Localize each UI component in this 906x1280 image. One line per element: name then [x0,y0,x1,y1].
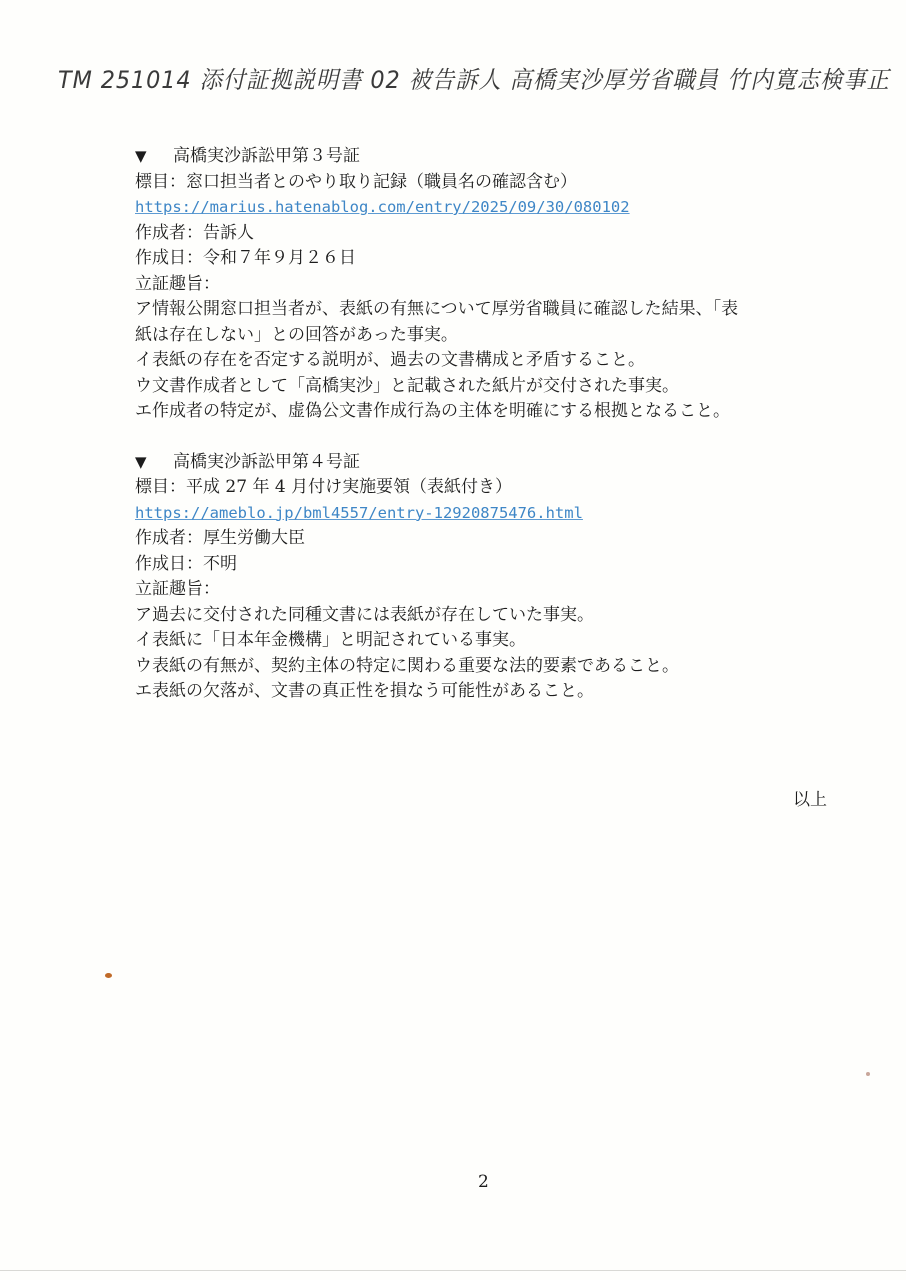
exhibit-url-link[interactable]: https://ameblo.jp/bml4557/entry-12920875… [135,504,583,522]
purpose-item: ア情報公開窓口担当者が、表紙の有無について厚労省職員に確認した結果、「表 [135,297,835,323]
exhibit-section-3: ▼高橋実沙訴訟甲第３号証 標目：窓口担当者とのやり取り記録（職員名の確認含む） … [135,144,835,425]
handwritten-header-note: TM 251014 添付証拠説明書 02 被告訴人 高橋実沙厚労省職員 竹内寛志… [58,60,890,95]
closing-mark: 以上 [793,785,827,810]
exhibit-author: 作成者：厚生労働大臣 [135,526,835,552]
paper-stain [105,973,112,978]
exhibit-purpose-label: 立証趣旨： [135,577,835,603]
triangle-down-icon: ▼ [135,450,173,476]
scan-bottom-edge [0,1270,906,1271]
paper-stain [866,1072,870,1076]
purpose-item: ウ文書作成者として「高橋実沙」と記載された紙片が交付された事実。 [135,374,835,400]
purpose-item: イ表紙に「日本年金機構」と明記されている事実。 [135,628,835,654]
exhibit-heading: ▼高橋実沙訴訟甲第３号証 [135,144,835,170]
exhibit-title: 高橋実沙訴訟甲第４号証 [173,452,360,472]
exhibit-date: 作成日：不明 [135,552,835,578]
purpose-item: 紙は存在しない」との回答があった事実。 [135,323,835,349]
document-body: ▼高橋実沙訴訟甲第３号証 標目：窓口担当者とのやり取り記録（職員名の確認含む） … [135,144,835,705]
exhibit-section-4: ▼高橋実沙訴訟甲第４号証 標目：平成 27 年 4 月付け実施要領（表紙付き） … [135,450,835,705]
exhibit-subject: 標目：窓口担当者とのやり取り記録（職員名の確認含む） [135,170,835,196]
exhibit-url-link[interactable]: https://marius.hatenablog.com/entry/2025… [135,198,630,216]
triangle-down-icon: ▼ [135,144,173,170]
purpose-item: エ表紙の欠落が、文書の真正性を損なう可能性があること。 [135,679,835,705]
purpose-item: ア過去に交付された同種文書には表紙が存在していた事実。 [135,603,835,629]
section-spacer [135,425,835,450]
page-number: 2 [478,1172,489,1192]
document-page: TM 251014 添付証拠説明書 02 被告訴人 高橋実沙厚労省職員 竹内寛志… [0,0,906,1280]
exhibit-author: 作成者：告訴人 [135,221,835,247]
exhibit-title: 高橋実沙訴訟甲第３号証 [173,146,360,166]
exhibit-purpose-label: 立証趣旨： [135,272,835,298]
purpose-item: エ作成者の特定が、虚偽公文書作成行為の主体を明確にする根拠となること。 [135,399,835,425]
exhibit-subject: 標目：平成 27 年 4 月付け実施要領（表紙付き） [135,475,835,501]
purpose-item: イ表紙の存在を否定する説明が、過去の文書構成と矛盾すること。 [135,348,835,374]
exhibit-heading: ▼高橋実沙訴訟甲第４号証 [135,450,835,476]
purpose-item: ウ表紙の有無が、契約主体の特定に関わる重要な法的要素であること。 [135,654,835,680]
exhibit-date: 作成日：令和７年９月２６日 [135,246,835,272]
